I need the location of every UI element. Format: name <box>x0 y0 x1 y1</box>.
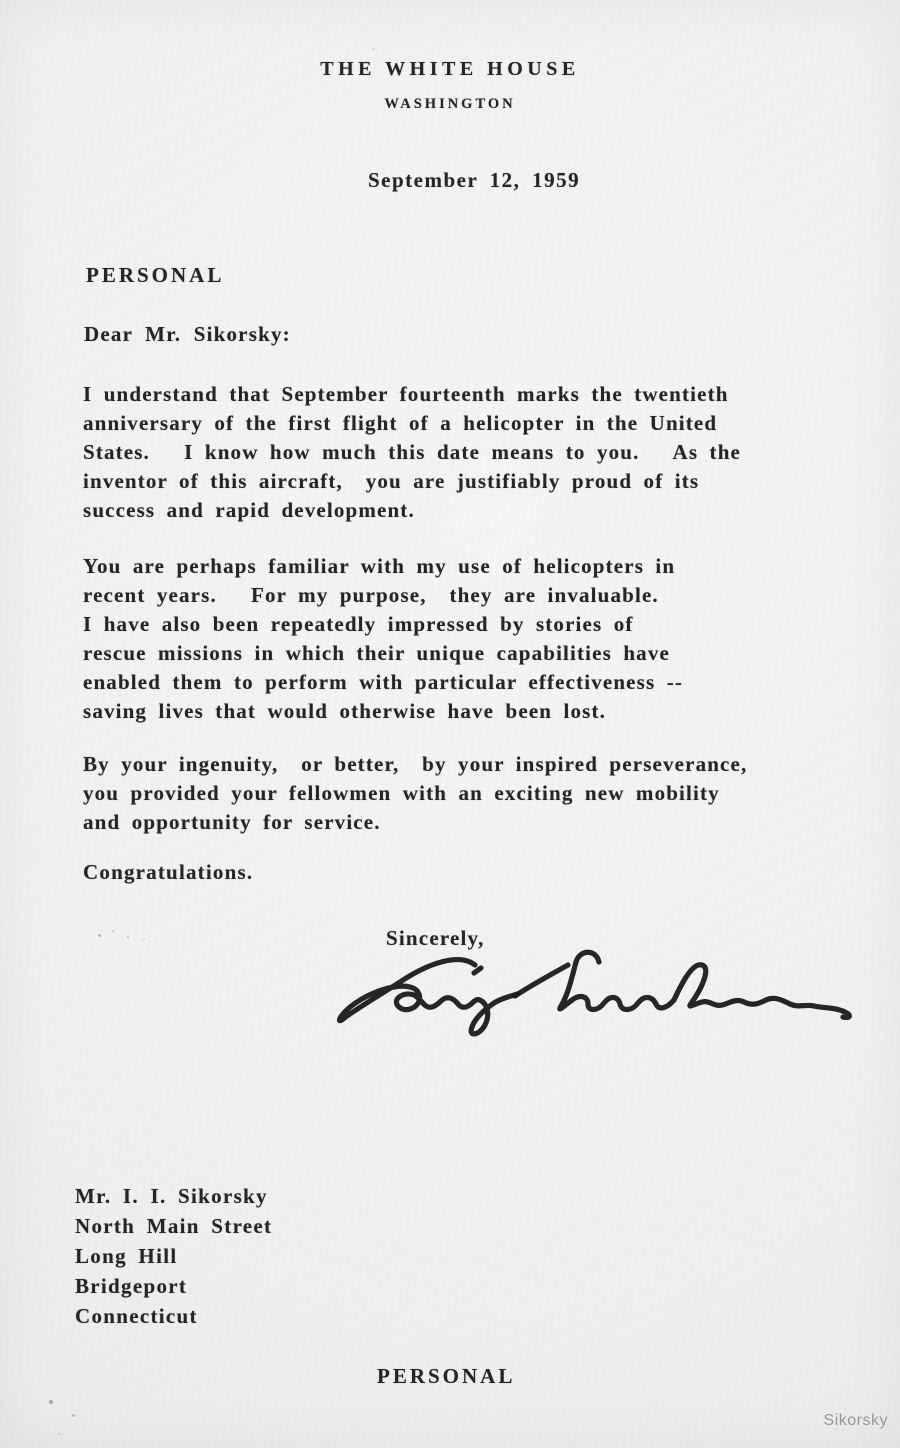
scan-speckle <box>58 1433 60 1435</box>
address-line: Mr. I. I. Sikorsky <box>75 1181 272 1211</box>
address-line: Bridgeport <box>75 1271 272 1301</box>
date-line: September 12, 1959 <box>368 168 580 193</box>
classification-top: PERSONAL <box>86 263 224 288</box>
scan-speckle <box>372 48 375 50</box>
body-line: I understand that September fourteenth m… <box>83 380 741 409</box>
body-line: rescue missions in which their unique ca… <box>83 639 683 668</box>
body-line: By your ingenuity, or better, by your in… <box>83 750 747 779</box>
scan-speckle <box>98 934 101 937</box>
letter-page: THE WHITE HOUSE WASHINGTON September 12,… <box>0 0 900 1448</box>
body-paragraph-1: I understand that September fourteenth m… <box>83 380 741 525</box>
body-line: enabled them to perform with particular … <box>83 668 683 697</box>
salutation: Dear Mr. Sikorsky: <box>84 322 291 347</box>
letterhead-subtitle: WASHINGTON <box>0 96 900 113</box>
recipient-address: Mr. I. I. Sikorsky North Main Street Lon… <box>75 1181 272 1331</box>
body-paragraph-2: You are perhaps familiar with my use of … <box>83 552 683 726</box>
watermark-credit: Sikorsky <box>824 1412 888 1430</box>
address-line: Long Hill <box>75 1241 272 1271</box>
classification-bottom: PERSONAL <box>377 1364 515 1389</box>
letterhead-title: THE WHITE HOUSE <box>0 58 900 81</box>
body-line: You are perhaps familiar with my use of … <box>83 552 683 581</box>
body-line: success and rapid development. <box>83 496 741 525</box>
body-line: States. I know how much this date means … <box>83 438 741 467</box>
congratulations-line: Congratulations. <box>83 860 253 885</box>
scan-speckle <box>49 1400 53 1404</box>
body-line: I have also been repeatedly impressed by… <box>83 610 683 639</box>
scan-speckle <box>127 936 129 938</box>
body-line: inventor of this aircraft, you are justi… <box>83 467 741 496</box>
scan-speckle <box>72 1414 75 1417</box>
eisenhower-signature-icon <box>322 942 867 1067</box>
body-line: recent years. For my purpose, they are i… <box>83 581 683 610</box>
address-line: North Main Street <box>75 1211 272 1241</box>
body-line: saving lives that would otherwise have b… <box>83 697 683 726</box>
scan-speckle <box>143 938 145 940</box>
body-paragraph-3: By your ingenuity, or better, by your in… <box>83 750 747 837</box>
body-line: anniversary of the first flight of a hel… <box>83 409 741 438</box>
address-line: Connecticut <box>75 1301 272 1331</box>
body-line: you provided your fellowmen with an exci… <box>83 779 747 808</box>
scan-speckle <box>112 930 114 932</box>
body-line: and opportunity for service. <box>83 808 747 837</box>
